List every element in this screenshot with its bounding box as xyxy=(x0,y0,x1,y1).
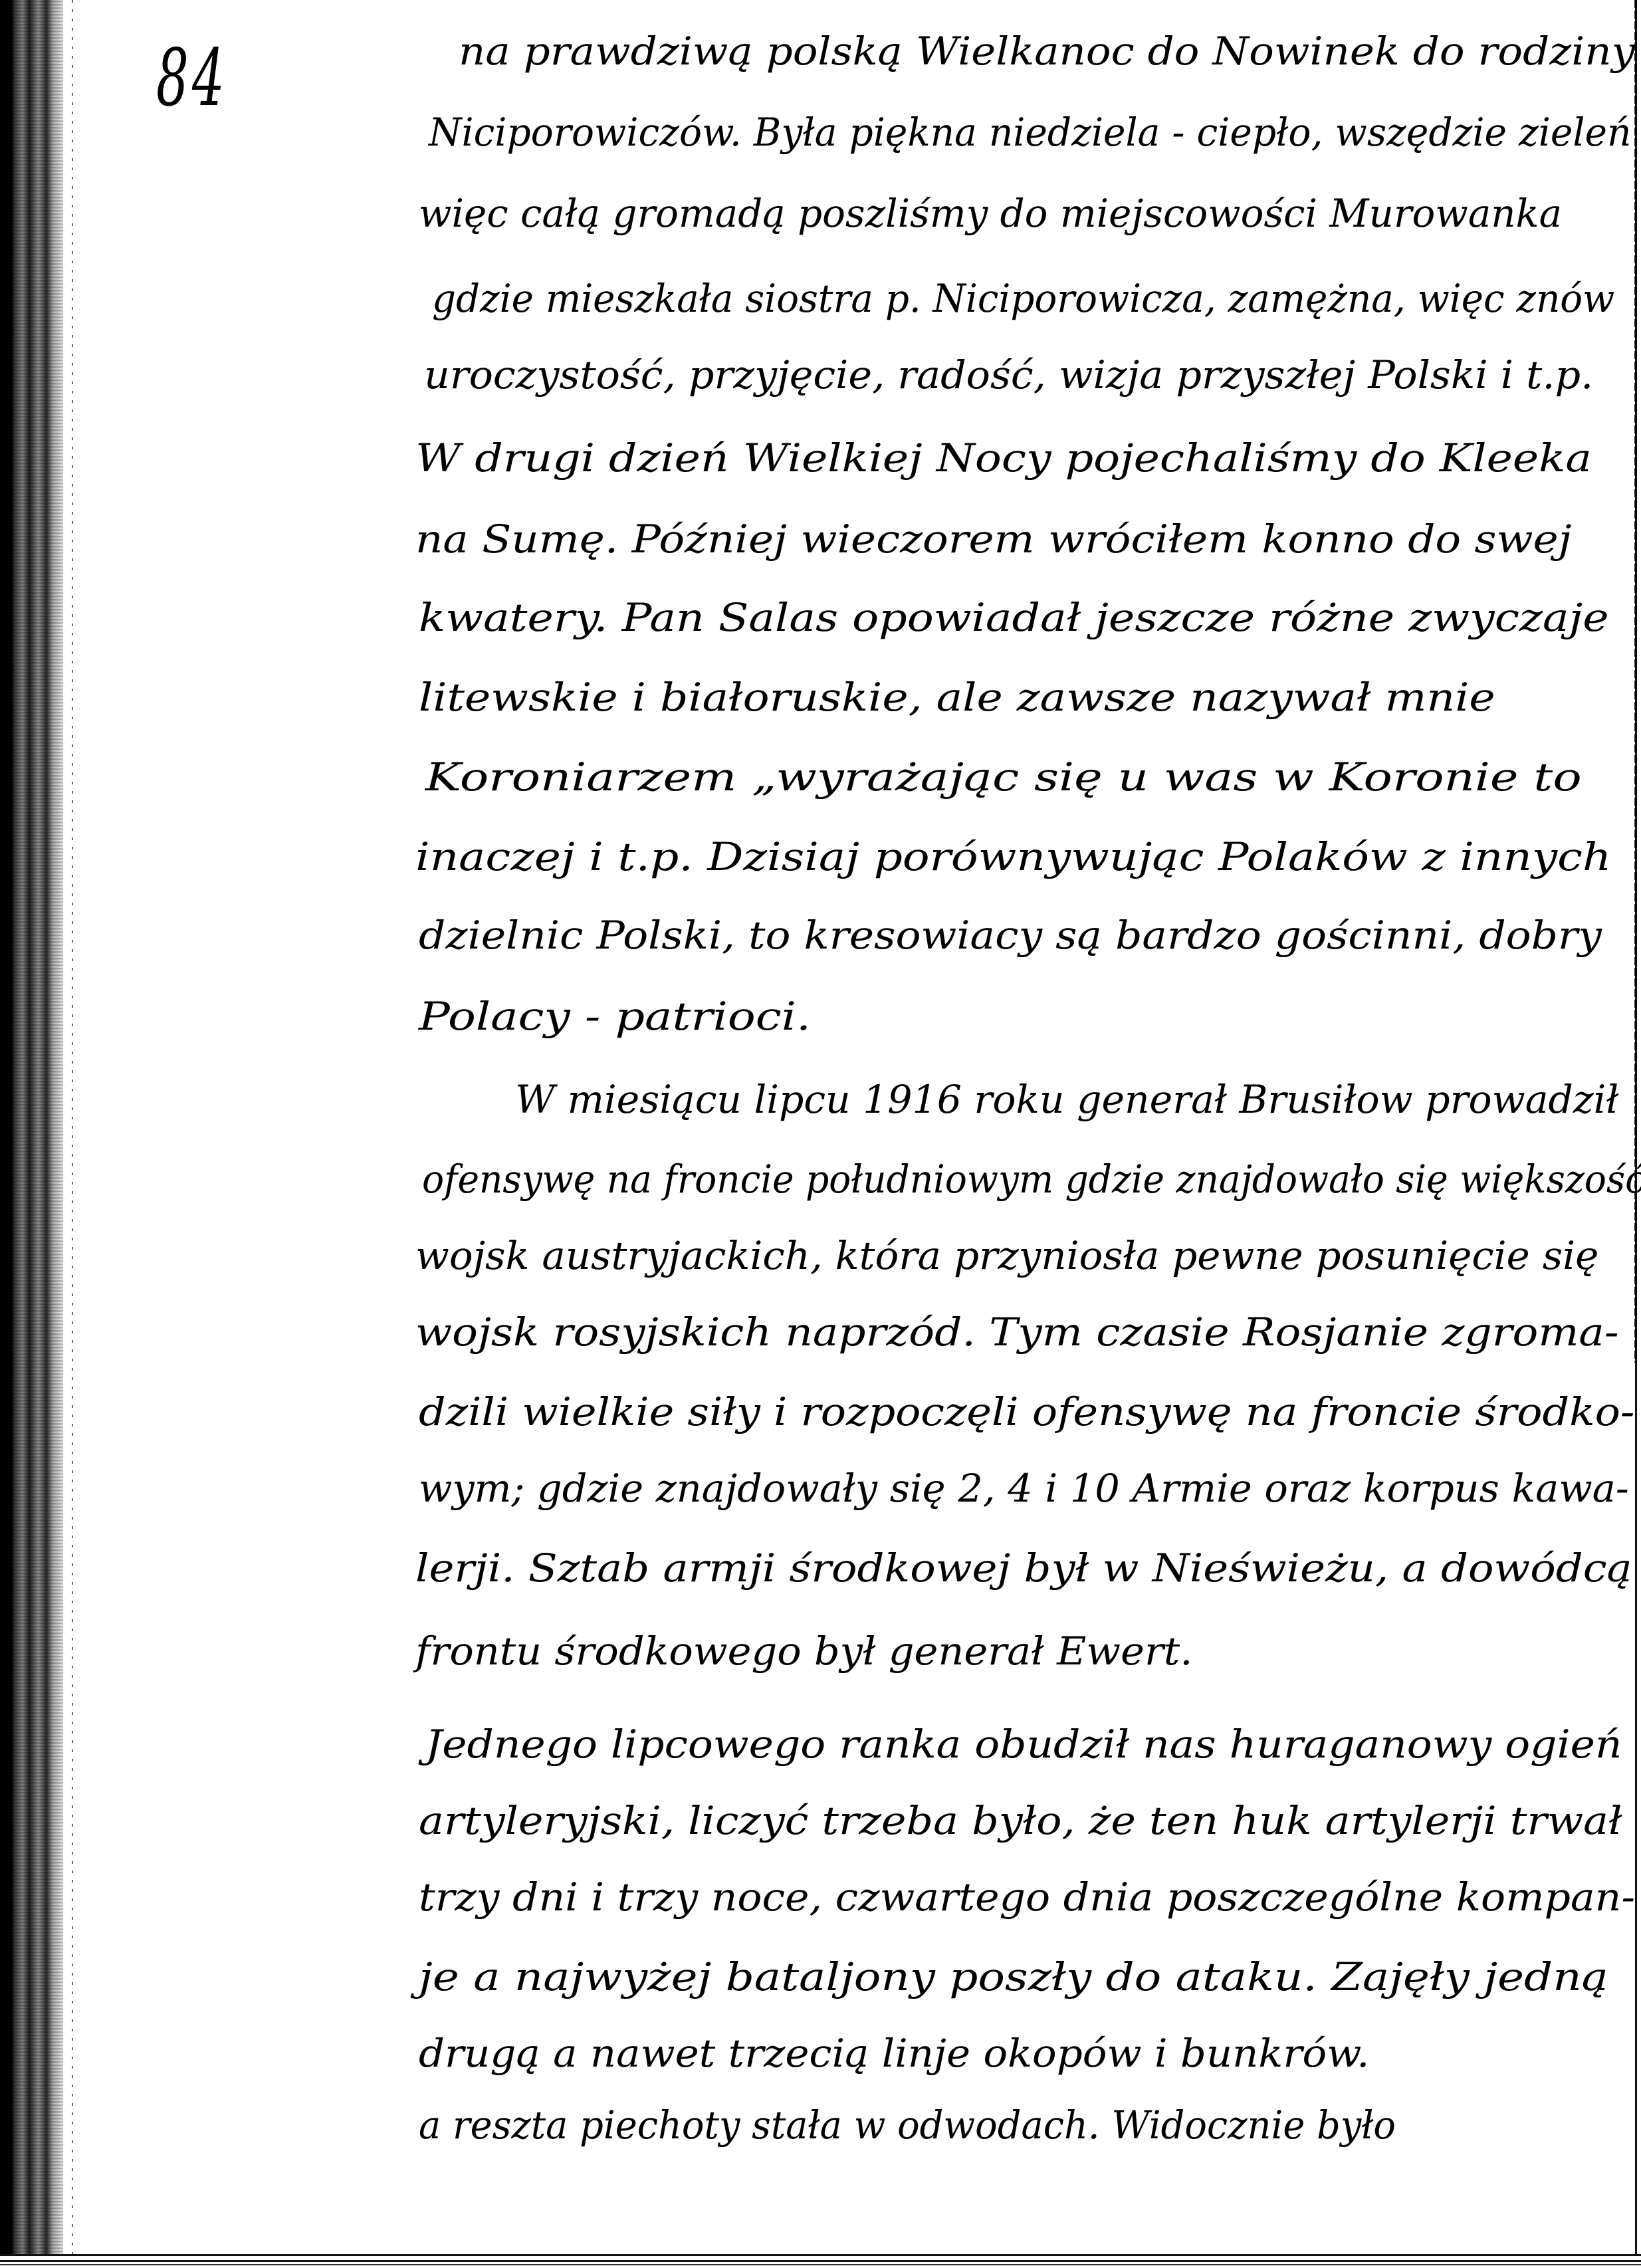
manuscript-line: litewskie i białoruskie, ale zawsze nazy… xyxy=(419,678,1495,717)
manuscript-line: na prawdziwą polską Wielkanoc do Nowinek… xyxy=(459,32,1635,70)
manuscript-line: więc całą gromadą poszliśmy do miejscowo… xyxy=(419,194,1562,233)
manuscript-line: na Sumę. Później wieczorem wróciłem konn… xyxy=(415,520,1572,558)
manuscript-line: W drugi dzień Wielkiej Nocy pojechaliśmy… xyxy=(415,439,1592,477)
manuscript-line: ofensywę na froncie południowym gdzie zn… xyxy=(422,1160,1641,1198)
manuscript-line: inaczej i t.p. Dzisiaj porównywując Pola… xyxy=(415,838,1611,876)
manuscript-line: wojsk rosyjskich naprzód. Tym czasie Ros… xyxy=(415,1313,1619,1351)
manuscript-line: drugą a nawet trzecią linje okopów i bun… xyxy=(419,2034,1370,2073)
manuscript-line: a reszta piechoty stała w odwodach. Wido… xyxy=(419,2106,1396,2144)
manuscript-line: je a najwyżej bataljony poszły do ataku.… xyxy=(419,1958,1608,1996)
manuscript-line: gdzie mieszkała siostra p. Niciporowicza… xyxy=(432,279,1614,318)
manuscript-line: artyleryjski, liczyć trzeba było, że ten… xyxy=(419,1801,1622,1840)
manuscript-line: Koroniarzem „wyrażając się u was w Koron… xyxy=(425,758,1582,796)
manuscript-line: kwatery. Pan Salas opowiadał jeszcze róż… xyxy=(419,598,1609,637)
manuscript-line: Polacy - patrioci. xyxy=(419,997,811,1036)
manuscript-line: trzy dni i trzy noce, czwartego dnia pos… xyxy=(419,1878,1635,1916)
manuscript-line: dzielnic Polski, to kresowiacy są bardzo… xyxy=(419,916,1602,955)
page-bottom-edge xyxy=(0,2254,1641,2268)
manuscript-line: frontu środkowego był generał Ewert. xyxy=(415,1632,1193,1670)
manuscript-line: wojsk austryjackich, która przyniosła pe… xyxy=(415,1236,1598,1275)
manuscript-line: dzili wielkie siły i rozpoczęli ofensywę… xyxy=(419,1393,1634,1431)
manuscript-line: Jednego lipcowego ranka obudził nas hura… xyxy=(425,1725,1622,1763)
book-binding-edge xyxy=(0,0,63,2268)
manuscript-line: lerji. Sztab armji środkowej był w Nieśw… xyxy=(415,1549,1632,1587)
binding-gutter-line xyxy=(72,0,73,2268)
page-number: 84 xyxy=(156,32,228,124)
manuscript-line: uroczystość, przyjęcie, radość, wizja pr… xyxy=(424,356,1593,394)
manuscript-line: W miesiącu lipcu 1916 roku generał Brusi… xyxy=(515,1080,1618,1119)
manuscript-line: wym; gdzie znajdowały się 2, 4 i 10 Armi… xyxy=(419,1469,1629,1508)
manuscript-line: Niciporowiczów. Była piękna niedziela - … xyxy=(429,113,1631,152)
